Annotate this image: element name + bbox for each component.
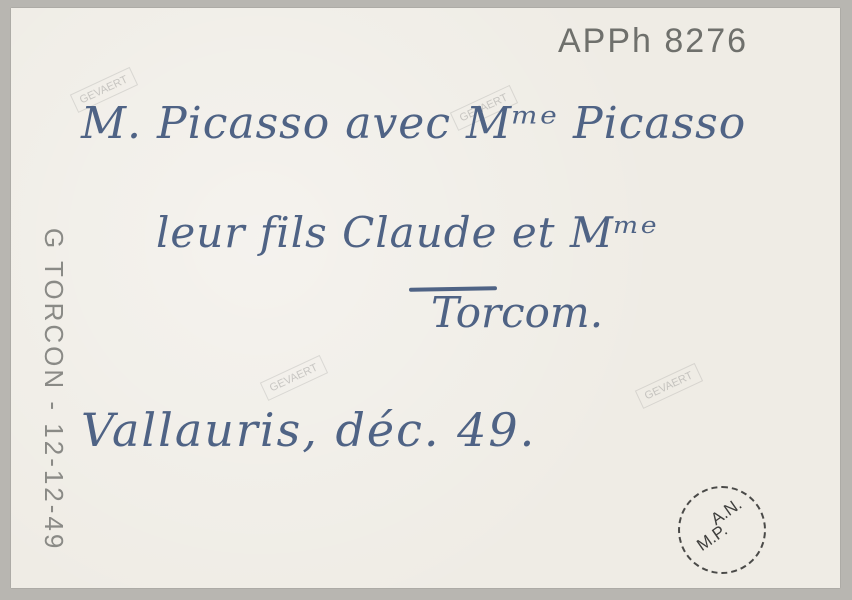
caption-line-2: leur fils Claude et Mᵐᵉ [156,208,658,257]
faint-stamp: GEVAERT [260,355,328,401]
caption-line-3: Torcom. [431,288,603,337]
faint-stamp: GEVAERT [635,363,703,409]
caption-line-1: M. Picasso avec Mᵐᵉ Picasso [81,98,746,149]
side-pencil-note: G TORCON - 12-12-49 [38,228,69,551]
archive-seal-stamp: A.N. M.P. [678,486,766,574]
place-date-line: Vallauris, déc. 49. [81,403,536,457]
reference-number: APPh 8276 [558,22,748,61]
seal-text-bottom: M.P. [693,520,731,555]
archival-card: APPh 8276 GEVAERT GEVAERT GEVAERT GEVAER… [11,8,840,588]
